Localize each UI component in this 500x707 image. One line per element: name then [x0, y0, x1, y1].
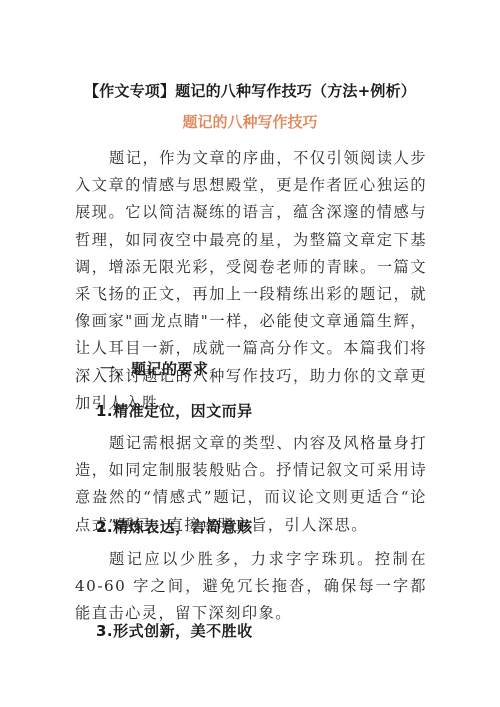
- document-subtitle: 题记的八种写作技巧: [0, 111, 500, 132]
- document-page: 【作文专项】题记的八种写作技巧（方法+例析） 题记的八种写作技巧 题记，作为文章…: [0, 0, 500, 707]
- subheading-form-innovation: 3.形式创新，美不胜收: [96, 620, 253, 641]
- section-heading-requirements: 一、题记的要求: [100, 358, 209, 379]
- subheading-concise-expression: 2.精炼表达，言简意赅: [96, 516, 253, 537]
- document-title: 【作文专项】题记的八种写作技巧（方法+例析）: [0, 80, 500, 101]
- subheading-precise-positioning: 1.精准定位，因文而异: [96, 400, 253, 421]
- paragraph-concise-expression: 题记应以少胜多，力求字字珠玑。控制在 40-60 字之间，避免冗长拖沓，确保每一…: [75, 546, 427, 628]
